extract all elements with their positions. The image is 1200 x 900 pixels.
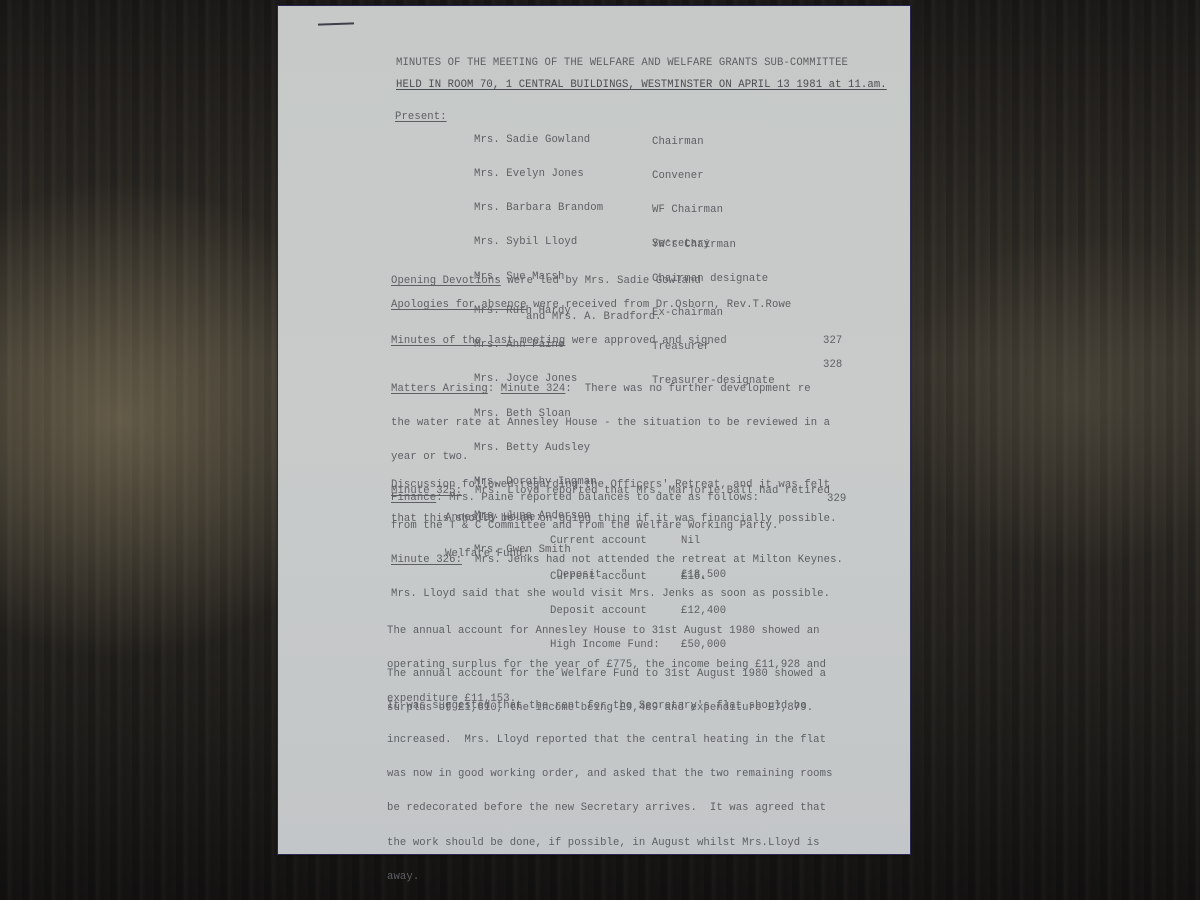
attendee-name: Mrs. Evelyn Jones bbox=[474, 169, 603, 180]
secretary-flat-paragraph: It was suggested that the rent for the S… bbox=[387, 678, 833, 900]
pen-mark bbox=[318, 22, 354, 25]
paragraph-line: It was suggested that the rent for the S… bbox=[387, 701, 833, 712]
finance-text: : Mrs. Paine reported balances to date a… bbox=[436, 492, 759, 504]
attendee-role: WF Chairman bbox=[652, 205, 775, 216]
paragraph-line: increased. Mrs. Lloyd reported that the … bbox=[387, 735, 833, 746]
title-line-2: HELD IN ROOM 70, 1 CENTRAL BUILDINGS, WE… bbox=[396, 80, 887, 91]
title-line-1: MINUTES OF THE MEETING OF THE WELFARE AN… bbox=[396, 58, 848, 69]
minute-number: 329 bbox=[827, 494, 846, 505]
opening-heading: Opening Devotions bbox=[391, 275, 501, 287]
paragraph-line: the work should be done, if possible, in… bbox=[387, 838, 833, 849]
attendee-name: Mrs. Sadie Gowland bbox=[474, 135, 603, 146]
attendee-name: Mrs. Barbara Brandom bbox=[474, 203, 603, 214]
minute-324-text: There was no further development re bbox=[572, 383, 811, 395]
minute-324-label: Minute 324 bbox=[501, 383, 566, 395]
apologies: Apologies for absence were received from… bbox=[391, 300, 791, 311]
matters-heading: Matters Arising bbox=[391, 383, 488, 395]
paragraph-line: The annual account for Annesley House to… bbox=[387, 626, 826, 637]
minute-324-text: the water rate at Annesley House - the s… bbox=[391, 418, 843, 429]
attendee-name: Mrs. Sybil Lloyd bbox=[474, 237, 603, 248]
account-amount: £16. bbox=[681, 572, 726, 583]
attendee-role-yw: YW's Chairman bbox=[652, 240, 736, 251]
account-name: Current account bbox=[550, 536, 647, 547]
discussion-line: Discussion followed regarding the Office… bbox=[391, 480, 837, 491]
typed-minutes-page: MINUTES OF THE MEETING OF THE WELFARE AN… bbox=[278, 6, 910, 854]
opening-text: were led by Mrs. Sadie Gowland bbox=[501, 275, 701, 287]
apologies-continued: and Mrs. A. Bradford. bbox=[526, 312, 662, 323]
paragraph-line: was now in good working order, and asked… bbox=[387, 769, 833, 780]
minutes-last-text: were approved and signed bbox=[565, 335, 726, 347]
account-name: Current account bbox=[550, 572, 660, 583]
apologies-text: were received from Dr.Osborn, Rev.T.Rowe bbox=[527, 299, 792, 311]
minutes-last-meeting: Minutes of the last meeting were approve… bbox=[391, 336, 727, 347]
paragraph-line: be redecorated before the new Secretary … bbox=[387, 803, 833, 814]
annesley-label: Annesley House: bbox=[445, 513, 542, 524]
paragraph-line: away. bbox=[387, 872, 833, 883]
apologies-heading: Apologies for absence bbox=[391, 299, 527, 311]
finance: Finance: Mrs. Paine reported balances to… bbox=[391, 493, 759, 504]
minutes-last-heading: Minutes of the last meeting bbox=[391, 335, 565, 347]
minute-number: 327 bbox=[823, 336, 842, 347]
finance-heading: Finance bbox=[391, 492, 436, 504]
welfare-label: Welfare Fund: bbox=[445, 549, 529, 560]
present-label: Present: bbox=[395, 112, 447, 123]
minute-number: 328 bbox=[823, 360, 842, 371]
attendee-role: Chairman bbox=[652, 137, 775, 148]
account-amount: Nil bbox=[681, 536, 726, 547]
opening-devotions: Opening Devotions were led by Mrs. Sadie… bbox=[391, 276, 701, 287]
attendee-role: Convener bbox=[652, 171, 775, 182]
